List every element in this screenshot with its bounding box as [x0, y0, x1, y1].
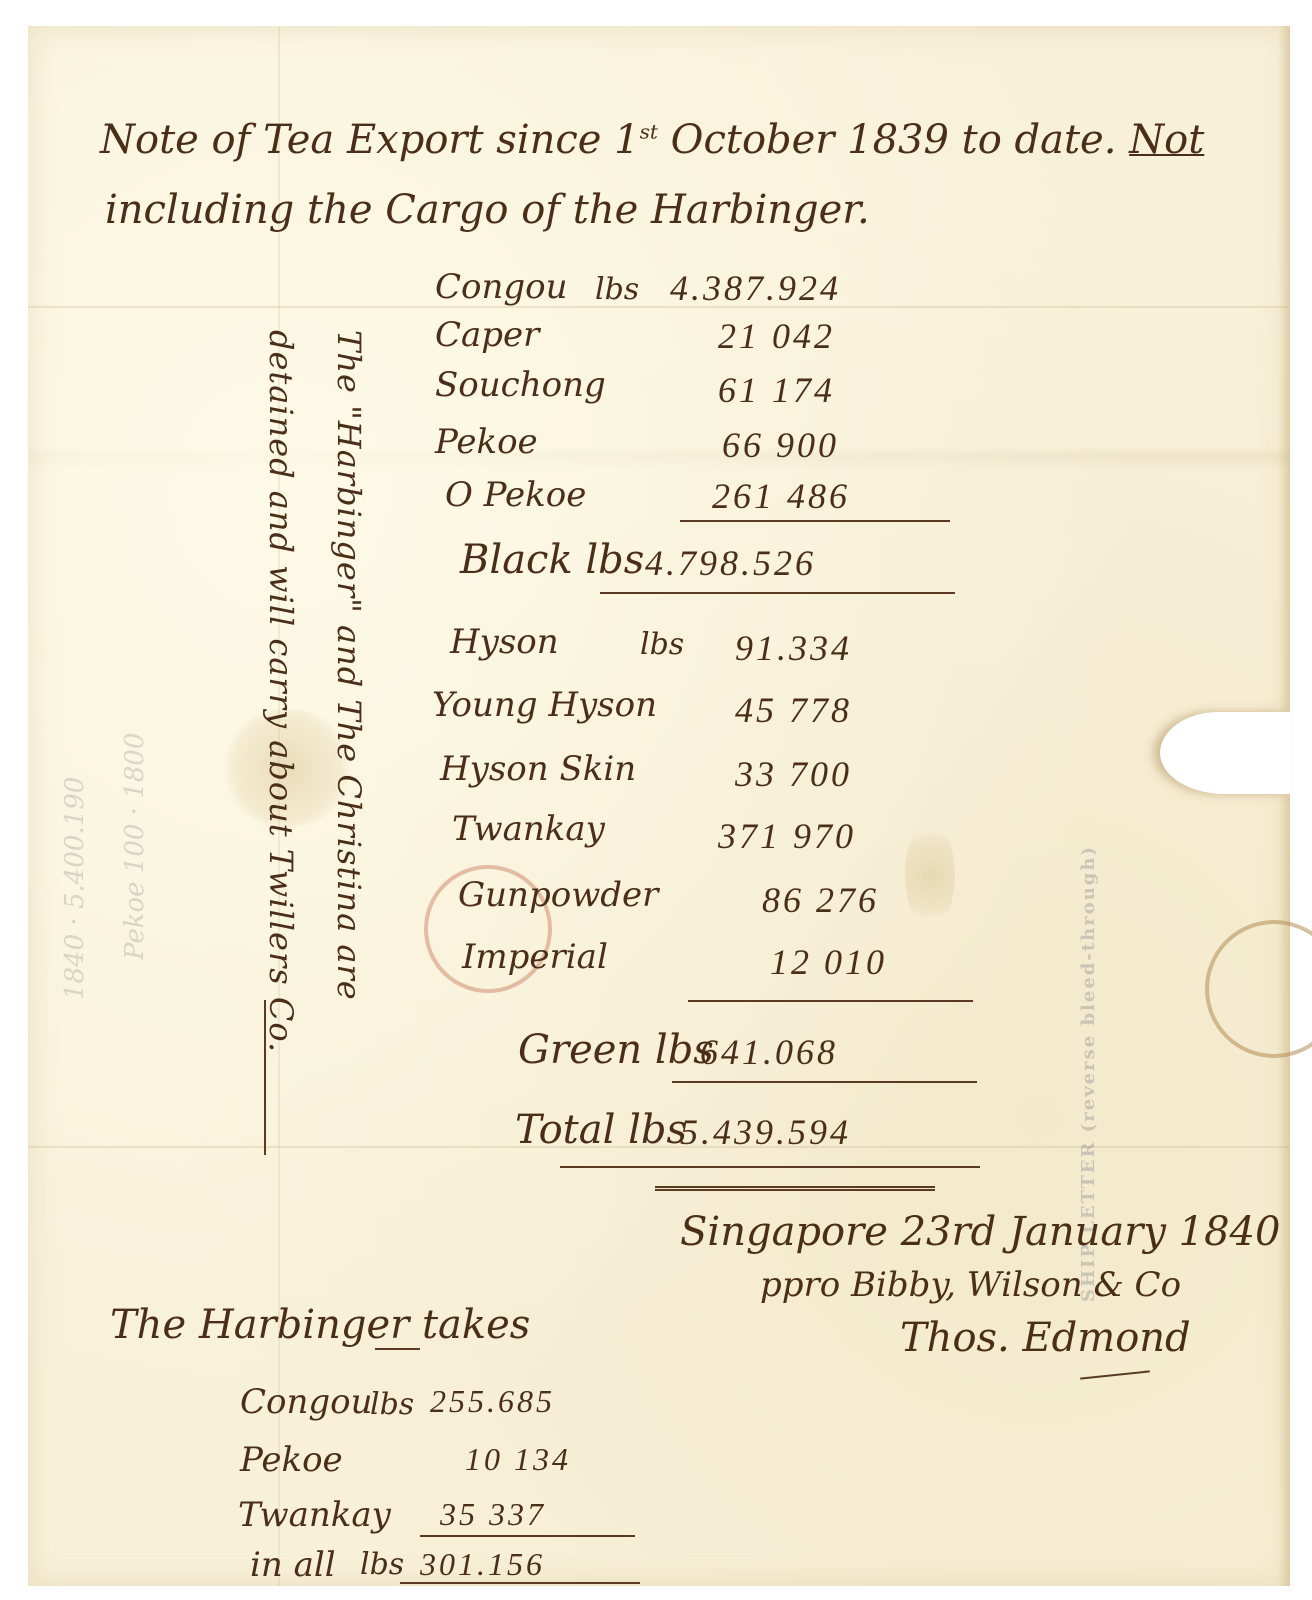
tea-name: Gunpowder	[458, 878, 658, 912]
tea-name: O Pekoe	[445, 478, 586, 512]
tea-quantity: 33 700	[735, 756, 852, 792]
tea-quantity: 12 010	[770, 944, 887, 980]
tea-name: Pekoe	[435, 425, 538, 459]
grand-total-label: Total lbs	[515, 1110, 687, 1150]
subtotal-rule	[600, 592, 955, 594]
tea-quantity: 261 486	[712, 478, 850, 514]
torn-seal-hole	[1160, 712, 1290, 794]
ink-stain	[905, 820, 955, 930]
tea-quantity: 86 276	[762, 882, 879, 918]
signature-rule	[655, 1186, 935, 1191]
tea-name: Hyson	[450, 625, 559, 659]
paper-edge-shading	[1278, 26, 1290, 1586]
subtotal-rule	[672, 1081, 977, 1083]
tea-name: Pekoe	[240, 1443, 343, 1477]
header-emphasis: Not	[1129, 117, 1204, 163]
tea-quantity: 255.685	[430, 1385, 555, 1417]
header-text-rest: October 1839 to date.	[658, 117, 1116, 163]
bleed-through-text: 1840 · 5.400.190	[60, 777, 90, 1000]
header-text: Note of Tea Export since 1	[100, 117, 640, 163]
harbinger-total-unit: lbs	[360, 1550, 404, 1580]
vertical-note-line-2: detained and will carry about Twillers C…	[262, 330, 300, 1053]
tea-quantity: 45 778	[735, 692, 852, 728]
tea-quantity: 35 337	[440, 1498, 546, 1530]
place-date: Singapore 23rd January 1840	[680, 1212, 1280, 1252]
header-line-1: Note of Tea Export since 1st October 183…	[100, 120, 1204, 160]
tea-quantity: 66 900	[722, 427, 839, 463]
tea-name: Imperial	[462, 940, 608, 974]
subtotal-label: Black lbs	[460, 540, 644, 580]
grand-total-value: 5.439.594	[680, 1114, 851, 1150]
tea-name: Young Hyson	[432, 688, 657, 722]
tea-name: Twankay	[452, 812, 605, 846]
sum-rule	[680, 520, 950, 522]
tea-name: Congou	[435, 270, 568, 304]
grand-total-rule	[560, 1166, 980, 1168]
bleed-through-text: Pekoe 100 · 1800	[120, 733, 150, 960]
header-superscript: st	[640, 120, 658, 144]
sum-rule	[688, 1000, 973, 1002]
vertical-note-rule	[264, 1000, 266, 1155]
sum-rule	[420, 1535, 635, 1537]
tea-unit: lbs	[595, 275, 639, 305]
tea-name: Caper	[435, 318, 539, 352]
subtotal-value: 4.798.526	[645, 545, 816, 581]
harbinger-title: The Harbinger takes	[110, 1305, 530, 1345]
tea-unit: lbs	[370, 1390, 414, 1420]
tea-quantity: 371 970	[718, 818, 856, 854]
tea-name: Twankay	[238, 1498, 391, 1532]
tea-unit: lbs	[640, 630, 684, 660]
signed-per: ppro Bibby, Wilson & Co	[760, 1268, 1181, 1302]
subtotal-value: 641.068	[700, 1034, 838, 1070]
vertical-note-line-1: The "Harbinger" and The Christina are	[330, 330, 368, 1001]
tea-quantity: 61 174	[718, 372, 835, 408]
tea-name: Hyson Skin	[440, 752, 636, 786]
harbinger-total-value: 301.156	[420, 1548, 545, 1580]
tea-quantity: 4.387.924	[670, 270, 841, 306]
tea-name: Souchong	[435, 368, 606, 402]
subtotal-label: Green lbs	[518, 1030, 714, 1070]
header-line-2: including the Cargo of the Harbinger.	[105, 190, 870, 230]
harbinger-total-rule	[400, 1582, 640, 1584]
signatory-name: Thos. Edmond	[900, 1318, 1191, 1358]
fold-crease	[28, 306, 1290, 308]
tea-quantity: 10 134	[465, 1443, 571, 1475]
tea-quantity: 91.334	[735, 630, 852, 666]
tea-quantity: 21 042	[718, 318, 835, 354]
tea-name: Congou	[240, 1385, 373, 1419]
strike-line	[375, 1348, 420, 1350]
harbinger-total-label: in all	[250, 1548, 336, 1582]
